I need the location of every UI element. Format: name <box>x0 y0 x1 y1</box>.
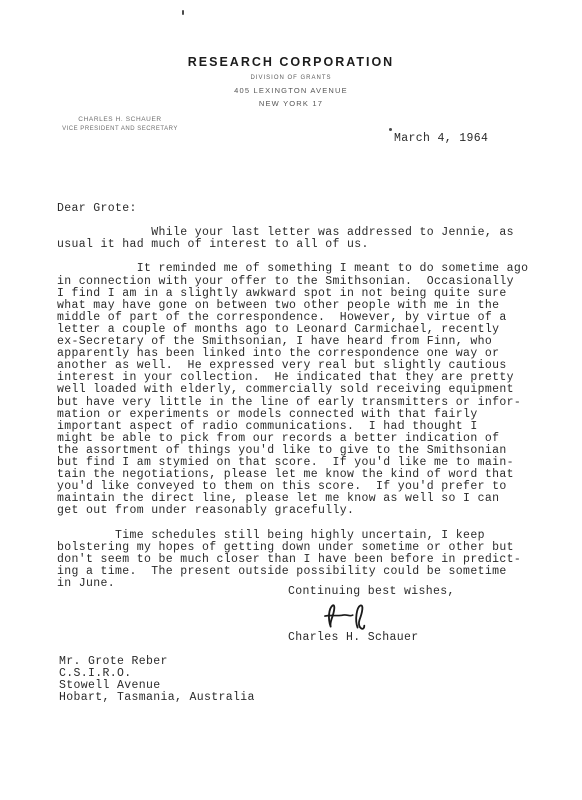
typed-line: in connection with your offer to the Smi… <box>57 276 537 288</box>
officer-name: CHARLES H. SCHAUER <box>40 116 200 124</box>
typed-line: It reminded me of something I meant to d… <box>57 263 537 275</box>
letterhead-company-name: RESEARCH CORPORATION <box>0 55 582 69</box>
paragraphs-container: While your last letter was addressed to … <box>57 227 537 590</box>
typed-line: get out from under reasonably gracefully… <box>57 505 537 517</box>
closing-block: Continuing best wishes, Charles H. Schau… <box>288 586 455 644</box>
typed-line: but have very little in the line of earl… <box>57 397 537 409</box>
scan-speck <box>389 128 392 131</box>
signer-typed-name: Charles H. Schauer <box>288 632 455 644</box>
typed-line: well loaded with elderly, commercially s… <box>57 384 537 396</box>
letterhead: RESEARCH CORPORATION DIVISION OF GRANTS … <box>0 55 582 108</box>
letterhead-officer-block: CHARLES H. SCHAUER VICE PRESIDENT AND SE… <box>40 116 200 133</box>
typed-line: don't seem to be much closer than I have… <box>57 554 537 566</box>
typed-line: bolstering my hopes of getting down unde… <box>57 542 537 554</box>
letter-body: Dear Grote: While your last letter was a… <box>57 203 537 590</box>
typed-line: ing a time. The present outside possibil… <box>57 566 537 578</box>
letter-date: March 4, 1964 <box>394 132 488 145</box>
recipient-address-block: Mr. Grote ReberC.S.I.R.O.Stowell AvenueH… <box>59 656 255 704</box>
officer-title: VICE PRESIDENT AND SECRETARY <box>40 125 200 133</box>
salutation: Dear Grote: <box>57 203 537 215</box>
handwritten-signature-icon <box>322 602 372 632</box>
typed-line: usual it had much of interest to all of … <box>57 239 537 251</box>
typed-line: I find I am in a slightly awkward spot i… <box>57 288 537 300</box>
scan-speck <box>182 10 184 15</box>
letterhead-street-address: 405 LEXINGTON AVENUE <box>0 86 582 95</box>
paragraph: It reminded me of something I meant to d… <box>57 263 537 517</box>
typed-line: Time schedules still being highly uncert… <box>57 530 537 542</box>
letterhead-city-line: NEW YORK 17 <box>0 99 582 108</box>
letterhead-division-line: DIVISION OF GRANTS <box>0 75 582 82</box>
scanned-letter-page: RESEARCH CORPORATION DIVISION OF GRANTS … <box>0 0 582 800</box>
typed-line: Hobart, Tasmania, Australia <box>59 692 255 704</box>
typed-line: mation or experiments or models connecte… <box>57 409 537 421</box>
closing-phrase: Continuing best wishes, <box>288 586 455 598</box>
typed-line: important aspect of radio communications… <box>57 421 537 433</box>
paragraph: While your last letter was addressed to … <box>57 227 537 251</box>
paragraph: Time schedules still being highly uncert… <box>57 530 537 590</box>
